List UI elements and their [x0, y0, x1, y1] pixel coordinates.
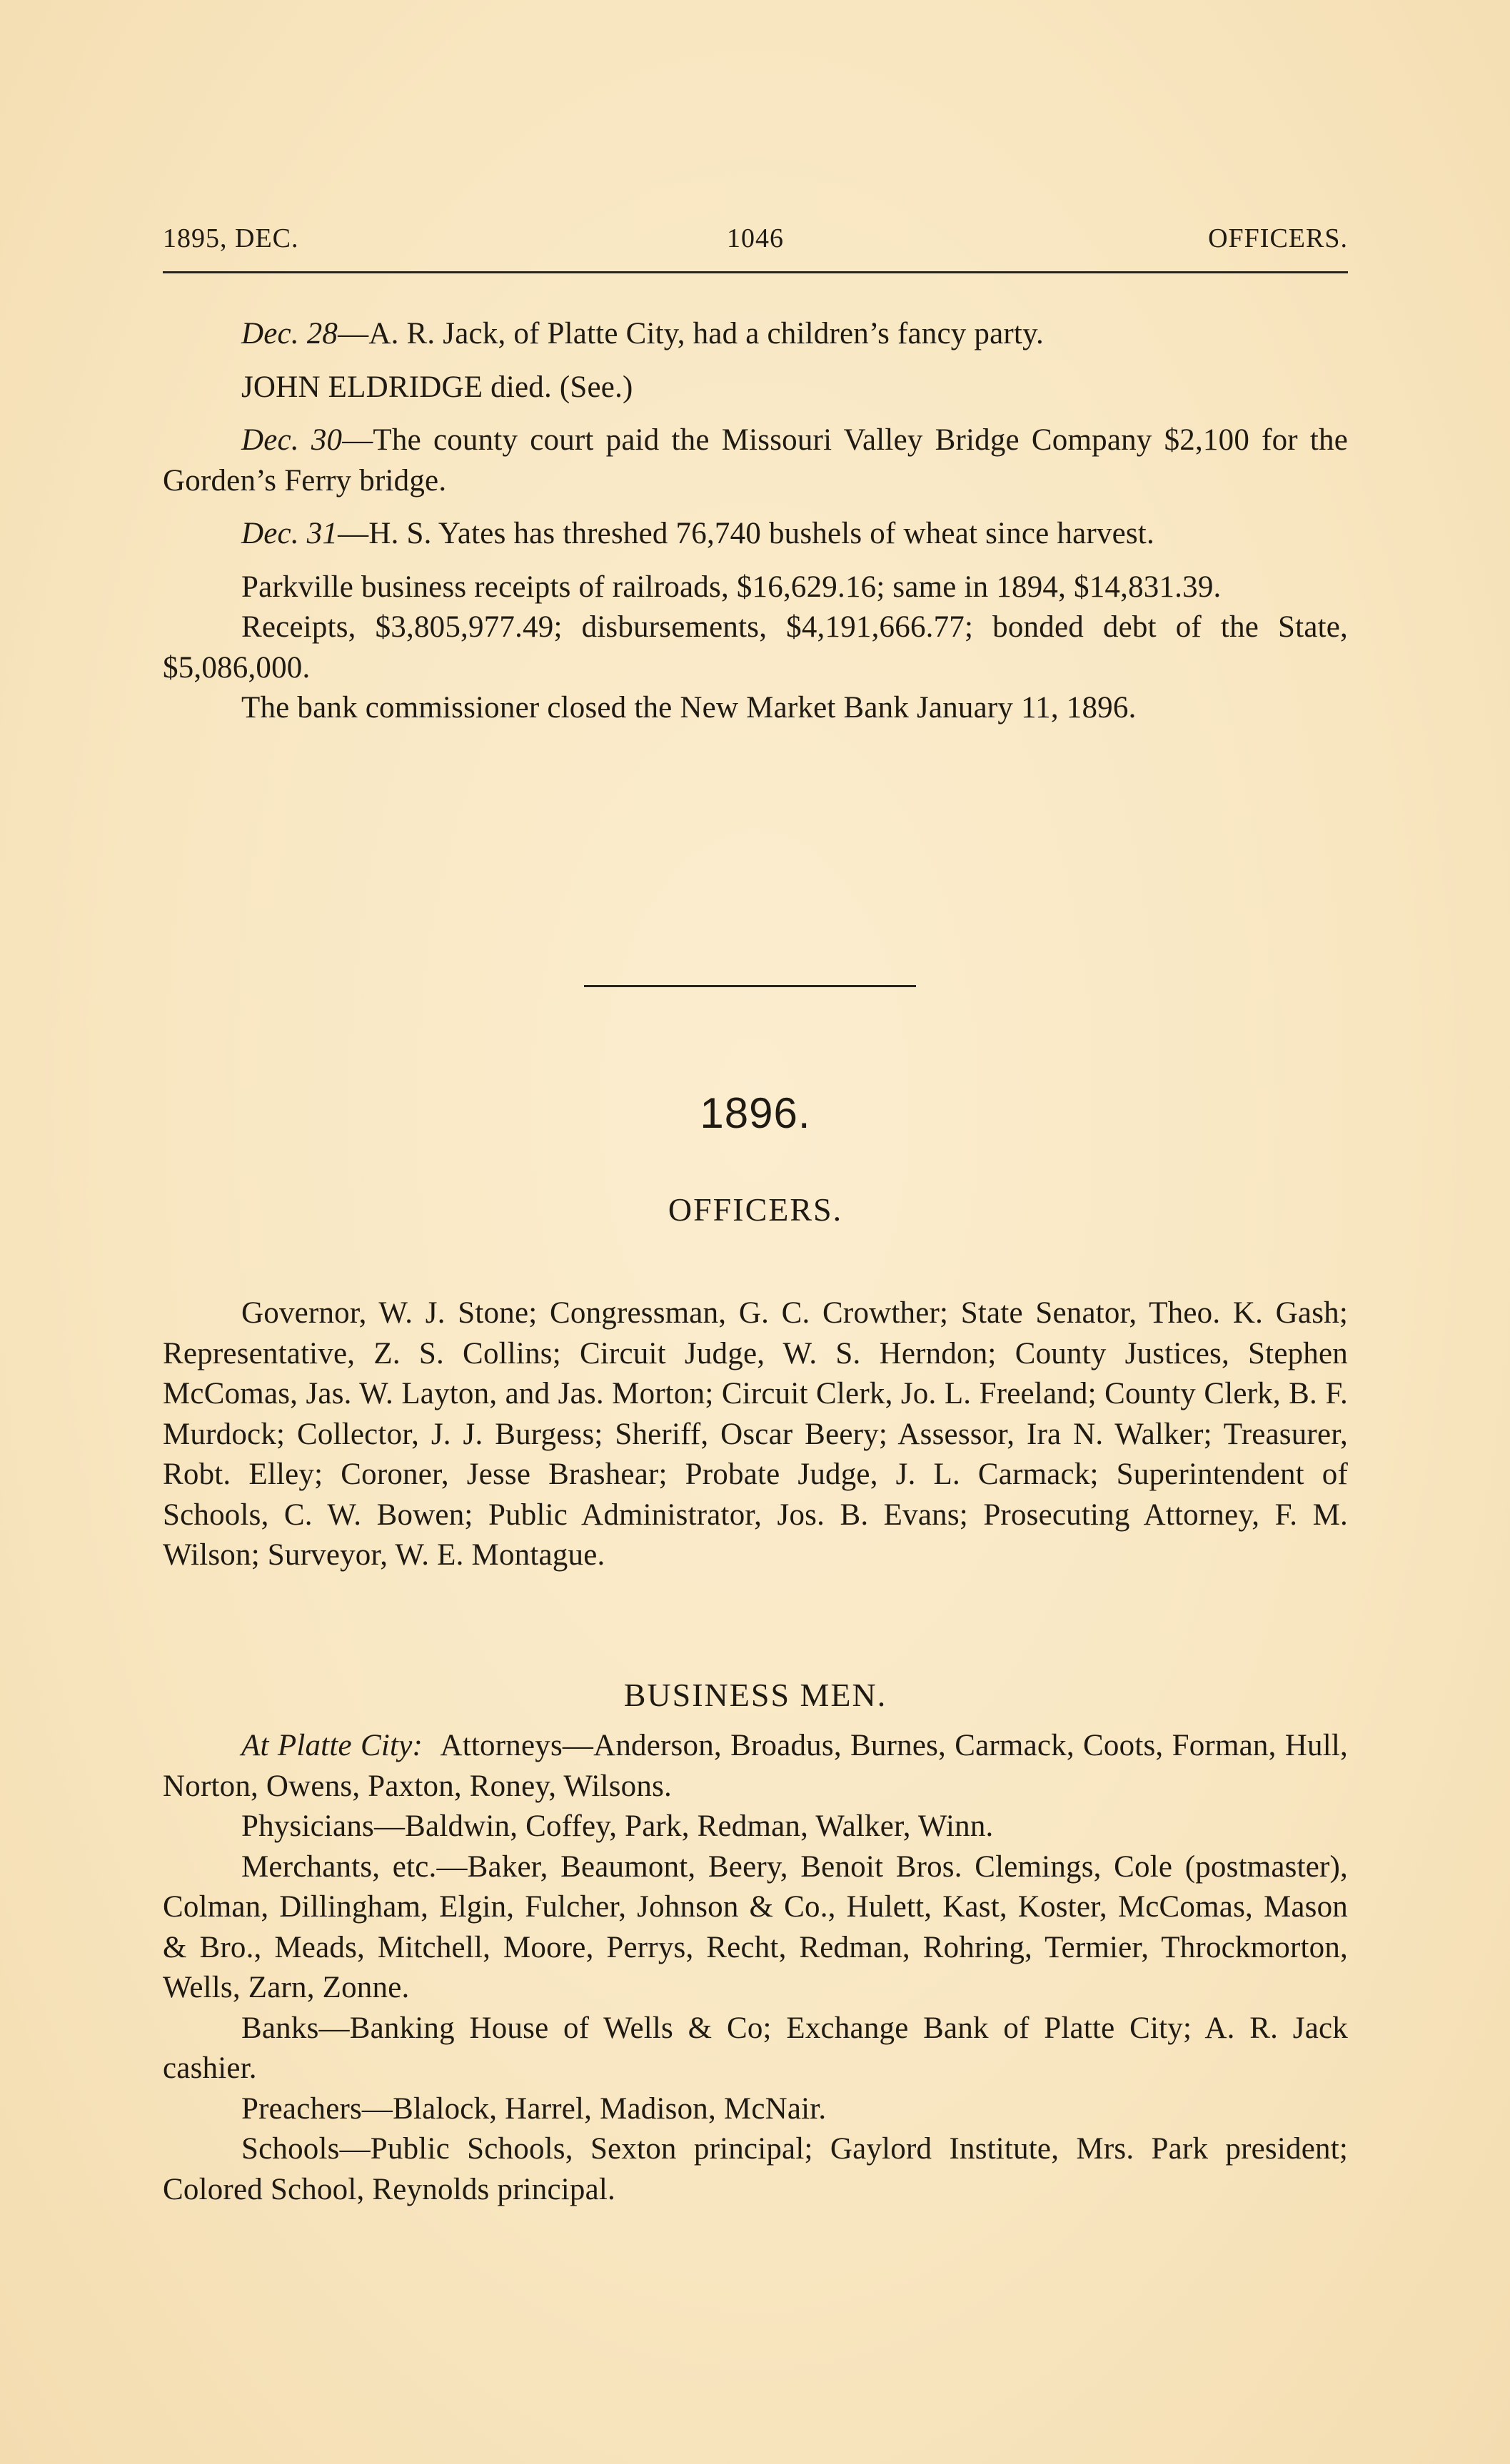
entry-bank: The bank commissioner closed the New Mar… [163, 688, 1348, 729]
entries-1895: Dec. 28—A. R. Jack, of Platte City, had … [163, 314, 1348, 729]
entry-eldridge: JOHN ELDRIDGE died. (See.) [163, 368, 1348, 408]
entry-dec-30: Dec. 30—The county court paid the Missou… [163, 420, 1348, 501]
entry-dec-31: Dec. 31—H. S. Yates has threshed 76,740 … [163, 514, 1348, 555]
entry-text: JOHN ELDRIDGE died. (See.) [241, 370, 633, 404]
banks: Banks—Banking House of Wells & Co; Excha… [163, 2009, 1348, 2089]
entry-text: —A. R. Jack, of Platte City, had a child… [338, 317, 1044, 350]
attorneys: At Platte City: Attorneys—Anderson, Broa… [163, 1726, 1348, 1807]
physicians: Physicians—Baldwin, Coffey, Park, Redman… [163, 1807, 1348, 1847]
schools: Schools—Public Schools, Sexton principal… [163, 2129, 1348, 2210]
entry-text: Parkville business receipts of railroads… [241, 570, 1221, 604]
business-men-heading: BUSINESS MEN. [163, 1676, 1348, 1714]
merchants: Merchants, etc.—Baker, Beaumont, Beery, … [163, 1847, 1348, 2009]
header-rule [163, 271, 1348, 273]
entry-parkville: Parkville business receipts of railroads… [163, 567, 1348, 608]
officers-heading: OFFICERS. [163, 1191, 1348, 1228]
entry-text: —H. S. Yates has threshed 76,740 bushels… [338, 517, 1154, 550]
running-head: 1895, DEC. 1046 OFFICERS. [163, 223, 1348, 258]
running-head-section: OFFICERS. [1208, 223, 1348, 254]
officers-list: Governor, W. J. Stone; Congressman, G. C… [163, 1293, 1348, 1576]
preachers: Preachers—Blalock, Harrel, Madison, McNa… [163, 2089, 1348, 2130]
officers-section: Governor, W. J. Stone; Congressman, G. C… [163, 1293, 1348, 1576]
section-divider [584, 985, 916, 987]
entry-date: Dec. 30 [241, 423, 342, 457]
business-men-section: At Platte City: Attorneys—Anderson, Broa… [163, 1726, 1348, 2210]
entry-text: The bank commissioner closed the New Mar… [241, 691, 1137, 724]
entry-text: Receipts, $3,805,977.49; disbursements, … [163, 610, 1348, 685]
entry-dec-28: Dec. 28—A. R. Jack, of Platte City, had … [163, 314, 1348, 355]
location-label: At Platte City: [241, 1729, 423, 1762]
entry-receipts: Receipts, $3,805,977.49; disbursements, … [163, 607, 1348, 688]
entry-date: Dec. 31 [241, 517, 338, 550]
entry-date: Dec. 28 [241, 317, 338, 350]
page-number: 1046 [163, 223, 1348, 254]
year-heading: 1896. [163, 1089, 1348, 1138]
